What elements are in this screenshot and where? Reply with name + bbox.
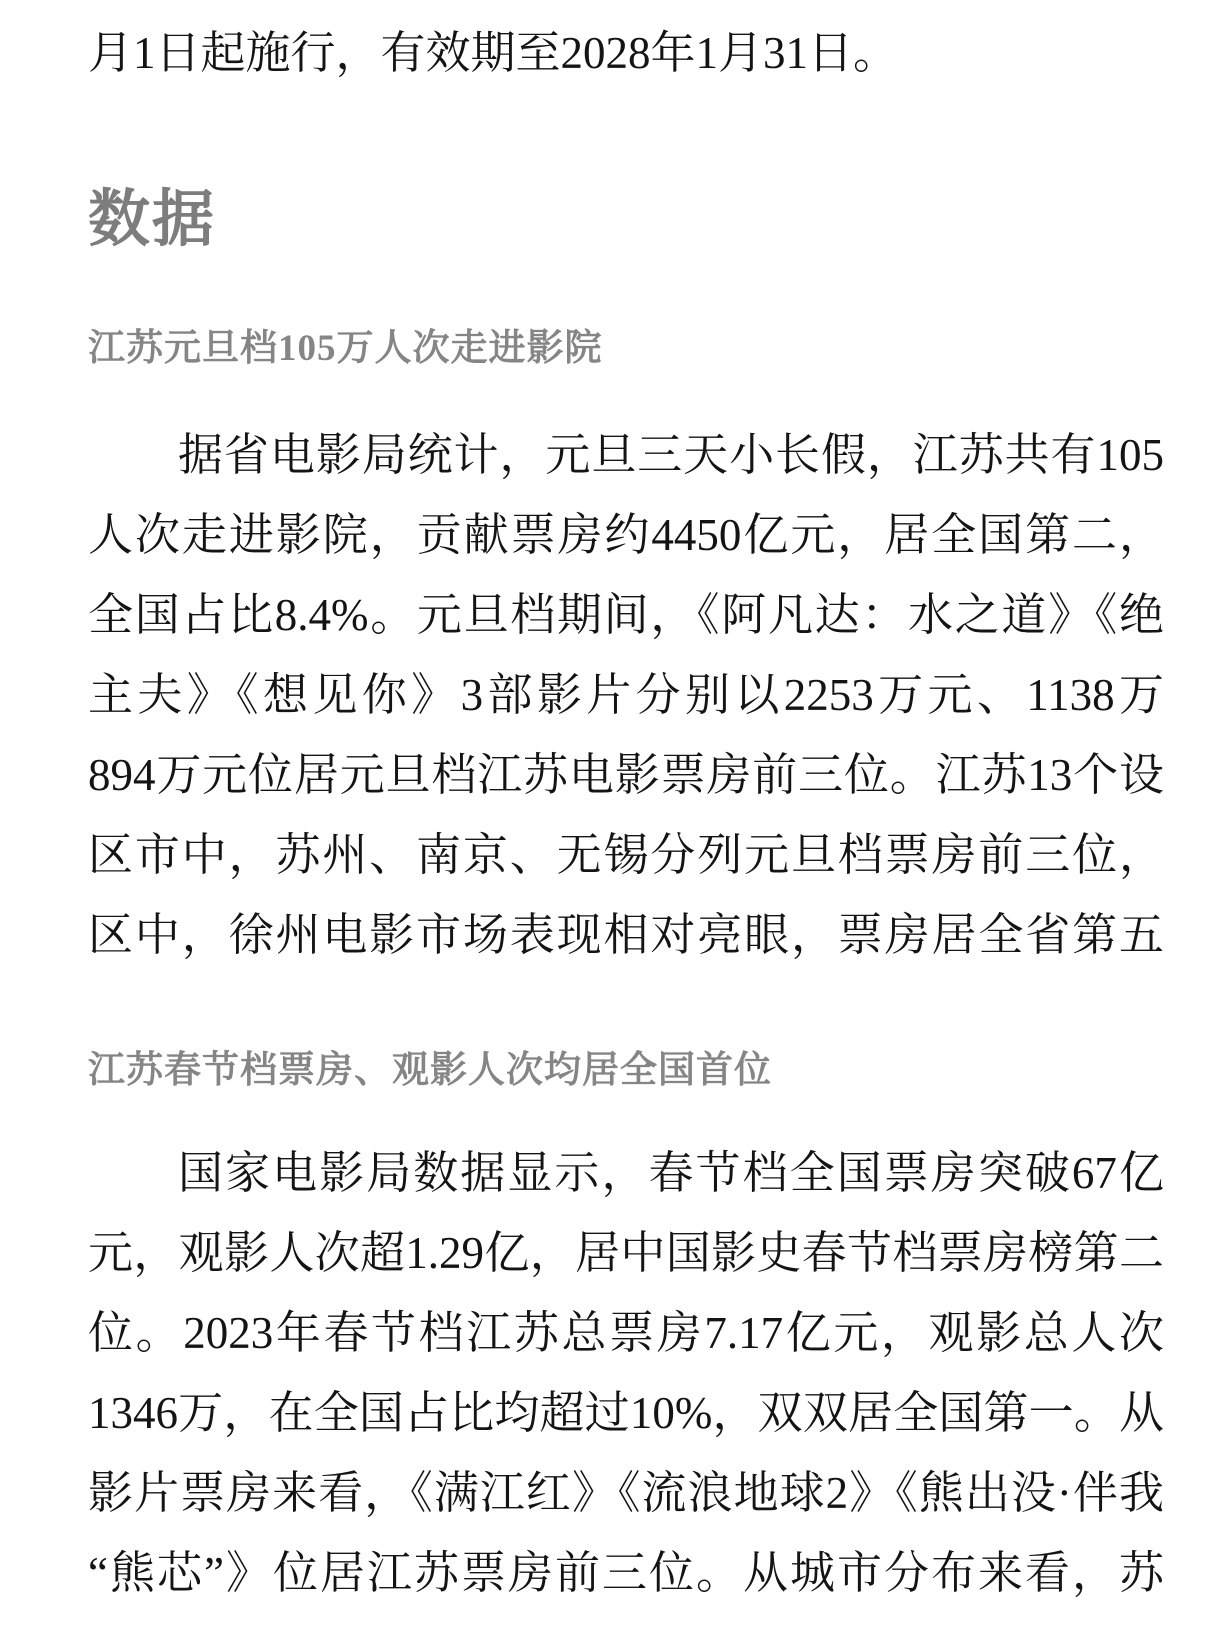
subheading-new-year: 江苏元旦档105万人次走进影院	[88, 328, 1164, 370]
text-line: 区中，徐州电影市场表现相对亮眼，票房居全省第五位。	[88, 895, 1164, 975]
text-line: 据省电影局统计，元旦三天小长假，江苏共有105万	[88, 415, 1164, 495]
section-heading: 数据	[88, 186, 1164, 252]
text-line: 位。2023年春节档江苏总票房7.17亿元，观影总人次	[88, 1293, 1164, 1373]
text-line: 区市中，苏州、南京、无锡分列元旦档票房前三位，苏北地	[88, 815, 1164, 895]
paragraph-new-year: 据省电影局统计，元旦三天小长假，江苏共有105万 人次走进影院，贡献票房约445…	[88, 415, 1164, 975]
text-line: 1346万，在全国占比均超过10%，双双居全国第一。从	[88, 1373, 1164, 1453]
subheading-spring-festival: 江苏春节档票房、观影人次均居全国首位	[88, 1050, 1164, 1092]
text-line: 主夫》《想见你》3部影片分别以2253万元、1138万元、	[88, 655, 1164, 735]
section-new-year-box-office: 江苏元旦档105万人次走进影院 据省电影局统计，元旦三天小长假，江苏共有105万…	[88, 328, 1164, 975]
text-line: “熊芯”》位居江苏票房前三位。从城市分布来看，苏州、	[88, 1533, 1164, 1613]
intro-line: 月1日起施行，有效期至2028年1月31日。	[88, 28, 1164, 78]
text-line: 元，观影人次超1.29亿，居中国影史春节档票房榜第二	[88, 1213, 1164, 1293]
text-line: 国家电影局数据显示，春节档全国票房突破67亿	[88, 1133, 1164, 1213]
document-page: 月1日起施行，有效期至2028年1月31日。 数据 江苏元旦档105万人次走进影…	[0, 0, 1228, 1642]
text-line: 全国占比8.4%。元旦档期间，《阿凡达：水之道》《绝望	[88, 575, 1164, 655]
text-line: 894万元位居元旦档江苏电影票房前三位。江苏13个设	[88, 735, 1164, 815]
paragraph-spring-festival: 国家电影局数据显示，春节档全国票房突破67亿 元，观影人次超1.29亿，居中国影…	[88, 1133, 1164, 1613]
section-spring-festival-box-office: 江苏春节档票房、观影人次均居全国首位 国家电影局数据显示，春节档全国票房突破67…	[88, 1050, 1164, 1613]
text-line: 影片票房来看，《满江红》《流浪地球2》《熊出没·伴我	[88, 1453, 1164, 1533]
text-line: 人次走进影院，贡献票房约4450亿元，居全国第二，在	[88, 495, 1164, 575]
